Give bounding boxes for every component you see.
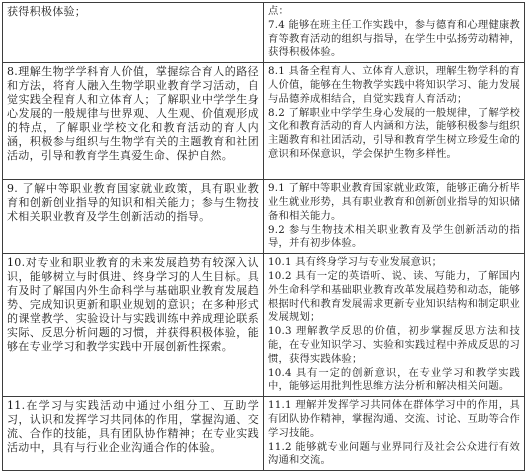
- table-row: 8.理解生物学学科育人价值，掌握综合育人的路径和方法，将育人融入生物学职业教育学…: [3, 63, 525, 180]
- requirement-text-cell: 8.理解生物学学科育人价值，掌握综合育人的路径和方法，将育人融入生物学职业教育学…: [3, 63, 264, 180]
- requirement-text-cell: 10.对专业和职业教育的未来发展趋势有较深入认识，能够树立与时俱进、终身学习的人…: [3, 254, 264, 397]
- requirement-text-cell: 获得积极体验；: [3, 3, 264, 63]
- requirement-text-cell: 11.在学习与实践活动中通过小组分工、互助学习，认识和发挥学习共同体的作用，掌握…: [3, 397, 264, 471]
- indicator-point-cell: 11.1 理解并发挥学习共同体在群体学习中的作用，具有团队协作精神，掌握沟通、交…: [264, 397, 525, 471]
- indicator-point-cell: 10.1 具有终身学习与专业发展意识； 10.2 具有一定的英语听、说、读、写能…: [264, 254, 525, 397]
- indicator-point-cell: 9.1 了解中等职业教育国家就业政策，能够正确分析毕业生就业形势，具有职业教育和…: [264, 180, 525, 254]
- table-row: 9. 了解中等职业教育国家就业政策，具有职业教育和创新创业指导的知识和相关能力；…: [3, 180, 525, 254]
- table-row: 11.在学习与实践活动中通过小组分工、互助学习，认识和发挥学习共同体的作用，掌握…: [3, 397, 525, 471]
- table-row: 10.对专业和职业教育的未来发展趋势有较深入认识，能够树立与时俱进、终身学习的人…: [3, 254, 525, 397]
- graduation-requirements-table: 获得积极体验； 点： 7.4 能够在班主任工作实践中，参与德育和心理健康教育等教…: [2, 2, 525, 471]
- requirement-text-cell: 9. 了解中等职业教育国家就业政策，具有职业教育和创新创业指导的知识和相关能力；…: [3, 180, 264, 254]
- table-row: 获得积极体验； 点： 7.4 能够在班主任工作实践中，参与德育和心理健康教育等教…: [3, 3, 525, 63]
- indicator-point-cell: 点： 7.4 能够在班主任工作实践中，参与德育和心理健康教育等教育活动的组织与指…: [264, 3, 525, 63]
- indicator-point-cell: 8.1 具备全程育人、立体育人意识，理解生物学科的育人价值，能够在生物教学实践中…: [264, 63, 525, 180]
